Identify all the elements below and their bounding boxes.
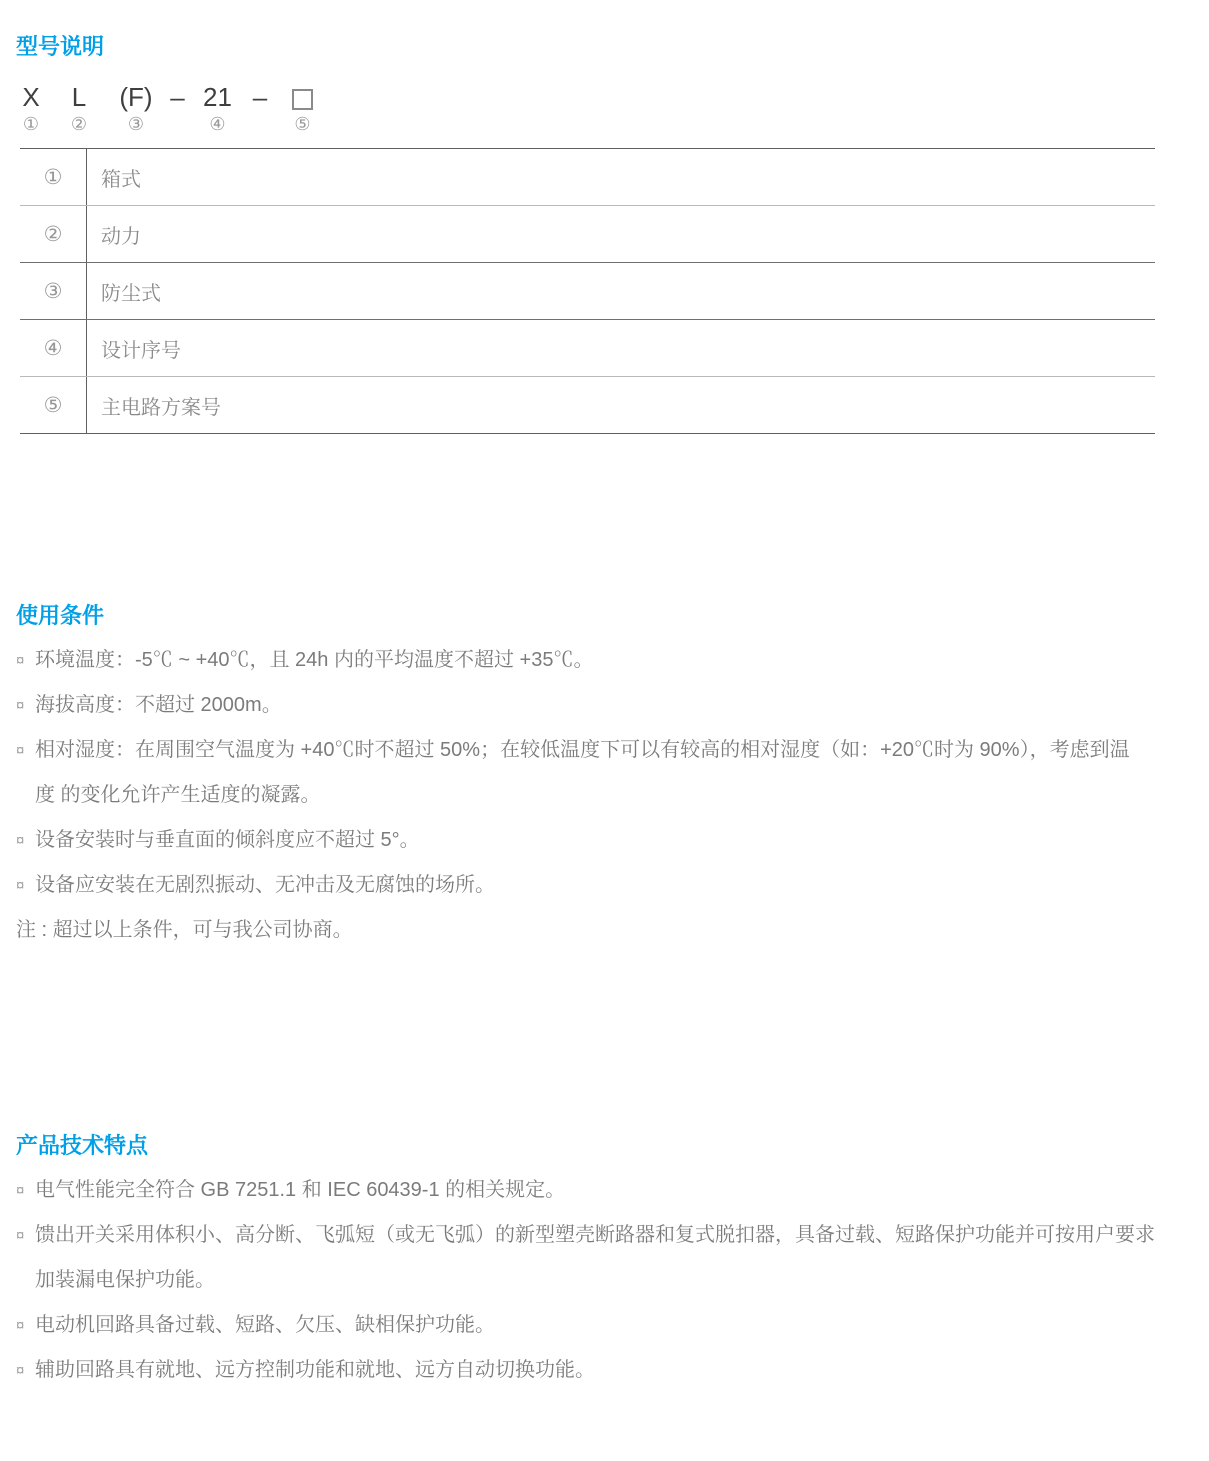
model-code-circled-number (160, 112, 195, 136)
model-code-symbol: – (240, 82, 280, 112)
circled-number: ② (44, 222, 63, 247)
feature-text: 电动机回路具备过载、短路、欠压、缺相保护功能。 (35, 1303, 1169, 1348)
circled-number: ④ (44, 336, 63, 361)
condition-text: 相对湿度：在周围空气温度为 +40℃时不超过 50%；在较低温度下可以有较高的相… (35, 728, 1169, 818)
feature-text: 馈出开关采用体积小、高分断、飞弧短（或无飞弧）的新型塑壳断路器和复式脱扣器，具备… (35, 1213, 1169, 1303)
bullet-marker: ¤ (16, 728, 24, 773)
condition-text: 海拔高度：不超过 2000m。 (35, 683, 1169, 728)
text-line: 设备安装时与垂直面的倾斜度应不超过 5°。 (35, 818, 1169, 863)
text-line: 电动机回路具备过载、短路、欠压、缺相保护功能。 (35, 1303, 1169, 1348)
feature-text: 辅助回路具有就地、远方控制功能和就地、远方自动切换功能。 (35, 1348, 1169, 1393)
table-cell-number: ⑤ (20, 377, 86, 433)
conditions-note: 注 : 超过以上条件，可与我公司协商。 (16, 908, 1209, 953)
model-code-symbol: – (160, 82, 195, 112)
feature-item: ¤ 电动机回路具备过载、短路、欠压、缺相保护功能。 (16, 1303, 1169, 1348)
model-code-symbol (280, 82, 325, 112)
text-line: 设备应安装在无剧烈振动、无冲击及无腐蚀的场所。 (35, 863, 1169, 908)
table-cell-description: 主电路方案号 (86, 377, 1155, 433)
catalog-page: 型号说明 X ① L ② (F) ③ – 21 (0, 0, 1209, 1461)
table-row: ③ 防尘式 (20, 263, 1155, 320)
table-cell-number: ③ (20, 263, 86, 319)
text-line: 馈出开关采用体积小、高分断、飞弧短（或无飞弧）的新型塑壳断路器和复式脱扣器，具备… (35, 1213, 1169, 1258)
model-code-circled-number: ② (46, 112, 112, 136)
model-code-symbol: (F) (112, 82, 160, 112)
table-row: ② 动力 (20, 206, 1155, 263)
model-code-segment: L ② (46, 82, 112, 136)
feature-text: 电气性能完全符合 GB 7251.1 和 IEC 60439-1 的相关规定。 (35, 1168, 1169, 1213)
description-text: 主电路方案号 (101, 391, 221, 420)
bullet-marker: ¤ (16, 1213, 24, 1258)
text-line: 辅助回路具有就地、远方控制功能和就地、远方自动切换功能。 (35, 1348, 1169, 1393)
text-line: 加装漏电保护功能。 (35, 1258, 1169, 1303)
model-code-segment: – (240, 82, 280, 136)
table-cell-description: 设计序号 (86, 320, 1155, 376)
model-code-segment: X ① (16, 82, 46, 136)
text-line: 海拔高度：不超过 2000m。 (35, 683, 1169, 728)
table-cell-number: ② (20, 206, 86, 262)
bullet-marker: ¤ (16, 638, 24, 683)
condition-item: ¤ 相对湿度：在周围空气温度为 +40℃时不超过 50%；在较低温度下可以有较高… (16, 728, 1169, 818)
condition-item: ¤ 环境温度：-5℃ ~ +40℃，且 24h 内的平均温度不超过 +35℃。 (16, 638, 1169, 683)
table-cell-number: ① (20, 149, 86, 205)
condition-text: 设备应安装在无剧烈振动、无冲击及无腐蚀的场所。 (35, 863, 1169, 908)
description-text: 设计序号 (101, 334, 181, 363)
circled-number: ① (44, 165, 63, 190)
conditions-section-title: 使用条件 (0, 603, 1209, 629)
table-row: ① 箱式 (20, 149, 1155, 206)
bullet-marker: ¤ (16, 683, 24, 728)
model-code-segment: ⑤ (280, 82, 325, 136)
text-line: 相对湿度：在周围空气温度为 +40℃时不超过 50%；在较低温度下可以有较高的相… (35, 728, 1169, 773)
feature-item: ¤ 馈出开关采用体积小、高分断、飞弧短（或无飞弧）的新型塑壳断路器和复式脱扣器，… (16, 1213, 1169, 1303)
bullet-marker: ¤ (16, 1303, 24, 1348)
model-section-title: 型号说明 (0, 0, 1209, 60)
condition-item: ¤ 海拔高度：不超过 2000m。 (16, 683, 1169, 728)
model-code-symbol: L (46, 82, 112, 112)
bullet-marker: ¤ (16, 1348, 24, 1393)
model-code-symbol: X (16, 82, 46, 112)
bullet-marker: ¤ (16, 818, 24, 863)
model-code-circled-number: ④ (195, 112, 240, 136)
text-line: 度 的变化允许产生适度的凝露。 (35, 773, 1169, 818)
feature-item: ¤ 电气性能完全符合 GB 7251.1 和 IEC 60439-1 的相关规定… (16, 1168, 1169, 1213)
condition-item: ¤ 设备安装时与垂直面的倾斜度应不超过 5°。 (16, 818, 1169, 863)
model-code-diagram: X ① L ② (F) ③ – 21 ④ – (16, 82, 1209, 136)
features-list: ¤ 电气性能完全符合 GB 7251.1 和 IEC 60439-1 的相关规定… (0, 1168, 1209, 1393)
model-code-segment: (F) ③ (112, 82, 160, 136)
table-cell-description: 防尘式 (86, 263, 1155, 319)
model-code-circled-number: ⑤ (280, 112, 325, 136)
model-legend-table: ① 箱式 ② 动力 ③ 防尘式 (20, 148, 1155, 434)
model-code-symbol: 21 (195, 82, 240, 112)
table-row: ⑤ 主电路方案号 (20, 377, 1155, 433)
bullet-marker: ¤ (16, 863, 24, 908)
condition-text: 设备安装时与垂直面的倾斜度应不超过 5°。 (35, 818, 1169, 863)
text-line: 环境温度：-5℃ ~ +40℃，且 24h 内的平均温度不超过 +35℃。 (35, 638, 1169, 683)
table-cell-description: 动力 (86, 206, 1155, 262)
conditions-list: ¤ 环境温度：-5℃ ~ +40℃，且 24h 内的平均温度不超过 +35℃。 … (0, 638, 1209, 908)
model-code-circled-number (240, 112, 280, 136)
description-text: 箱式 (101, 163, 141, 192)
condition-item: ¤ 设备应安装在无剧烈振动、无冲击及无腐蚀的场所。 (16, 863, 1169, 908)
circled-number: ③ (44, 279, 63, 304)
text-line: 电气性能完全符合 GB 7251.1 和 IEC 60439-1 的相关规定。 (35, 1168, 1169, 1213)
condition-text: 环境温度：-5℃ ~ +40℃，且 24h 内的平均温度不超过 +35℃。 (35, 638, 1169, 683)
model-code-segment: – (160, 82, 195, 136)
circled-number: ⑤ (44, 393, 63, 418)
table-row: ④ 设计序号 (20, 320, 1155, 377)
table-cell-description: 箱式 (86, 149, 1155, 205)
feature-item: ¤ 辅助回路具有就地、远方控制功能和就地、远方自动切换功能。 (16, 1348, 1169, 1393)
description-text: 防尘式 (101, 277, 161, 306)
model-code-segment: 21 ④ (195, 82, 240, 136)
table-cell-number: ④ (20, 320, 86, 376)
description-text: 动力 (101, 220, 141, 249)
model-code-circled-number: ③ (112, 112, 160, 136)
features-section-title: 产品技术特点 (0, 1133, 1209, 1159)
model-code-circled-number: ① (16, 112, 46, 136)
bullet-marker: ¤ (16, 1168, 24, 1213)
